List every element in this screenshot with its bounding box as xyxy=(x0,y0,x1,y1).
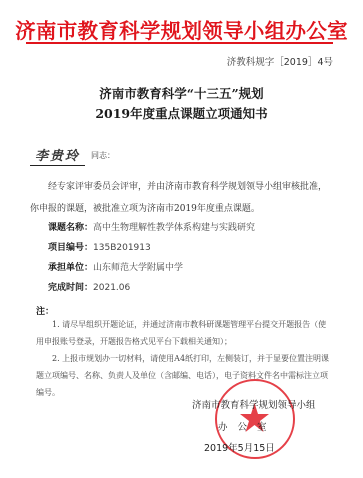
field-value: 高中生物理解性教学体系构建与实践研究 xyxy=(93,223,255,233)
document-number: 济教科规字［2019］4号 xyxy=(227,54,333,68)
notice-title-line2: 2019年度重点课题立项通知书 xyxy=(0,104,363,122)
addressee-name: 李贵玲 xyxy=(30,145,85,166)
notice-title-line1: 济南市教育科学“十三五”规划 xyxy=(0,84,363,102)
field-label: 完成时间： xyxy=(48,283,93,293)
body-paragraph: 经专家评审委员会评审，并由济南市教育科学规划领导小组审核批准，你申报的课题，被批… xyxy=(30,176,330,220)
field-project-number: 项目编号：135B201913 xyxy=(48,240,151,253)
field-label: 项目编号： xyxy=(48,243,93,253)
field-value: 山东师范大学附属中学 xyxy=(93,263,183,273)
signature-date: 2019年5月15日 xyxy=(204,440,275,454)
signature-office: 办公室 xyxy=(218,419,277,433)
header-org-title: 济南市教育科学规划领导小组办公室 xyxy=(0,14,363,44)
addressee-suffix: 同志： xyxy=(91,150,115,161)
field-label: 课题名称： xyxy=(48,223,93,233)
note-item-1: 1. 请尽早组织开题论证，并通过济南市教科研课题管理平台提交开题报告（使用申报账… xyxy=(36,316,331,350)
field-institution: 承担单位：山东师范大学附属中学 xyxy=(48,260,183,273)
field-value: 2021.06 xyxy=(93,283,130,293)
header-red-rule xyxy=(26,42,333,44)
signature-organization: 济南市教育科学规划领导小组 xyxy=(192,397,316,411)
field-project-name: 课题名称：高中生物理解性教学体系构建与实践研究 xyxy=(48,220,255,233)
field-label: 承担单位： xyxy=(48,263,93,273)
field-value: 135B201913 xyxy=(93,243,151,253)
field-completion-date: 完成时间：2021.06 xyxy=(48,280,130,293)
